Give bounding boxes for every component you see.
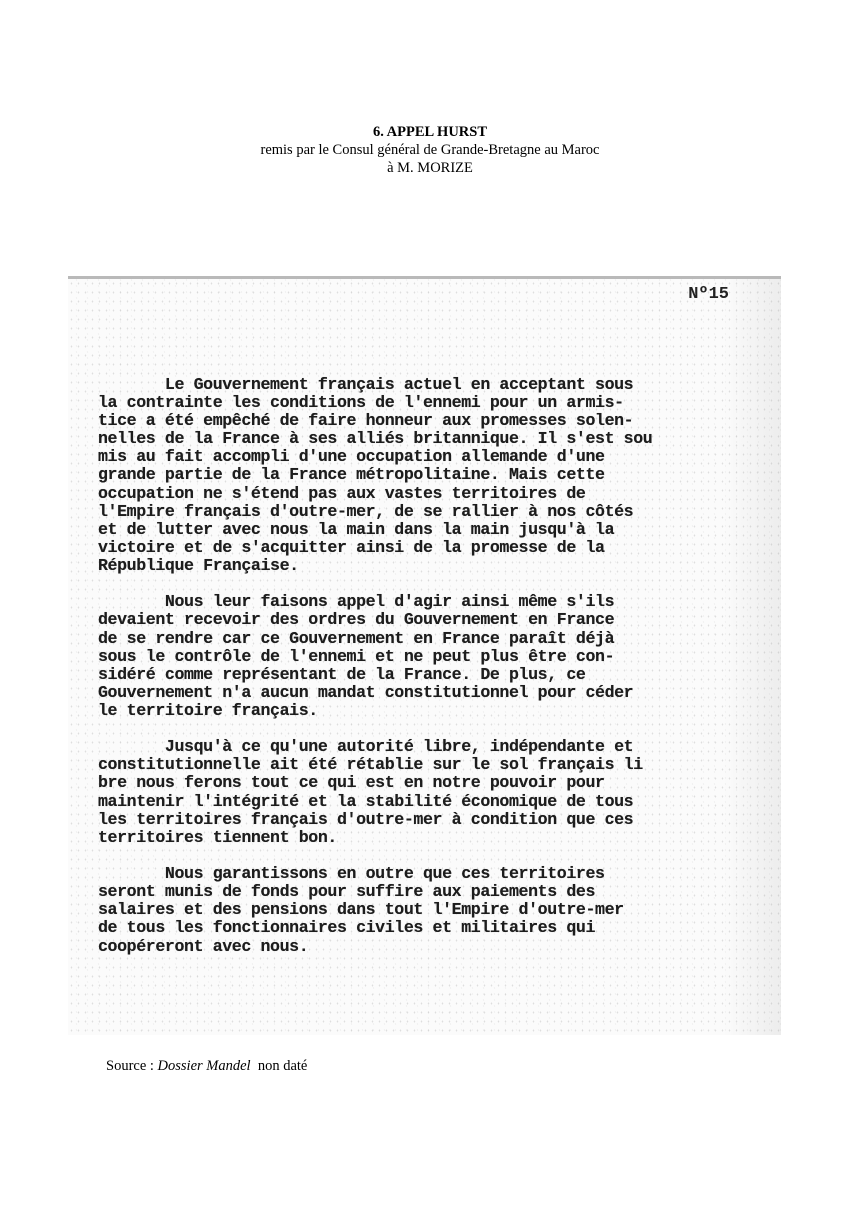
text-line: grande partie de la France métropolitain…	[98, 466, 788, 484]
text-line: l'Empire français d'outre-mer, de se ral…	[98, 503, 788, 521]
text-line: salaires et des pensions dans tout l'Emp…	[98, 901, 788, 919]
text-line: de se rendre car ce Gouvernement en Fran…	[98, 630, 788, 648]
document-recipient: à M. MORIZE	[0, 159, 860, 177]
text-line: Gouvernement n'a aucun mandat constituti…	[98, 684, 788, 702]
source-title: Dossier Mandel	[158, 1058, 251, 1074]
text-line: territoires tiennent bon.	[98, 829, 788, 847]
text-line: de tous les fonctionnaires civiles et mi…	[98, 919, 788, 937]
text-line: Nous leur faisons appel d'agir ainsi mêm…	[98, 593, 788, 611]
text-line: victoire et de s'acquitter ainsi de la p…	[98, 539, 788, 557]
text-line: nelles de la France à ses alliés britann…	[98, 430, 788, 448]
text-line: constitutionnelle ait été rétablie sur l…	[98, 756, 788, 774]
source-citation: Source : Dossier Mandel non daté	[106, 1057, 307, 1075]
typed-text: Le Gouvernement français actuel en accep…	[98, 376, 788, 974]
text-line: les territoires français d'outre-mer à c…	[98, 811, 788, 829]
text-line: occupation ne s'étend pas aux vastes ter…	[98, 485, 788, 503]
text-line: Jusqu'à ce qu'une autorité libre, indépe…	[98, 738, 788, 756]
document-header: 6. APPEL HURST remis par le Consul génér…	[0, 123, 860, 177]
document-title: 6. APPEL HURST	[0, 123, 860, 141]
text-line: Le Gouvernement français actuel en accep…	[98, 376, 788, 394]
source-note: non daté	[251, 1058, 308, 1074]
text-line: maintenir l'intégrité et la stabilité éc…	[98, 793, 788, 811]
text-line: seront munis de fonds pour suffire aux p…	[98, 883, 788, 901]
text-line: mis au fait accompli d'une occupation al…	[98, 448, 788, 466]
text-line: bre nous ferons tout ce qui est en notre…	[98, 774, 788, 792]
document-subtitle: remis par le Consul général de Grande-Br…	[0, 141, 860, 159]
paragraph-1: Le Gouvernement français actuel en accep…	[98, 376, 788, 575]
text-line: le territoire français.	[98, 702, 788, 720]
source-label: Source :	[106, 1058, 158, 1074]
text-line: tice a été empêché de faire honneur aux …	[98, 412, 788, 430]
text-line: la contrainte les conditions de l'ennemi…	[98, 394, 788, 412]
text-line: sidéré comme représentant de la France. …	[98, 666, 788, 684]
text-line: devaient recevoir des ordres du Gouverne…	[98, 611, 788, 629]
document-number: Nº15	[688, 285, 729, 304]
text-line: République Française.	[98, 557, 788, 575]
paragraph-3: Jusqu'à ce qu'une autorité libre, indépe…	[98, 738, 788, 847]
text-line: Nous garantissons en outre que ces terri…	[98, 865, 788, 883]
paragraph-2: Nous leur faisons appel d'agir ainsi mêm…	[98, 593, 788, 720]
paragraph-4: Nous garantissons en outre que ces terri…	[98, 865, 788, 955]
text-line: et de lutter avec nous la main dans la m…	[98, 521, 788, 539]
scanned-typewritten-letter: Nº15 Le Gouvernement français actuel en …	[68, 276, 781, 1035]
text-line: coopéreront avec nous.	[98, 938, 788, 956]
text-line: sous le contrôle de l'ennemi et ne peut …	[98, 648, 788, 666]
